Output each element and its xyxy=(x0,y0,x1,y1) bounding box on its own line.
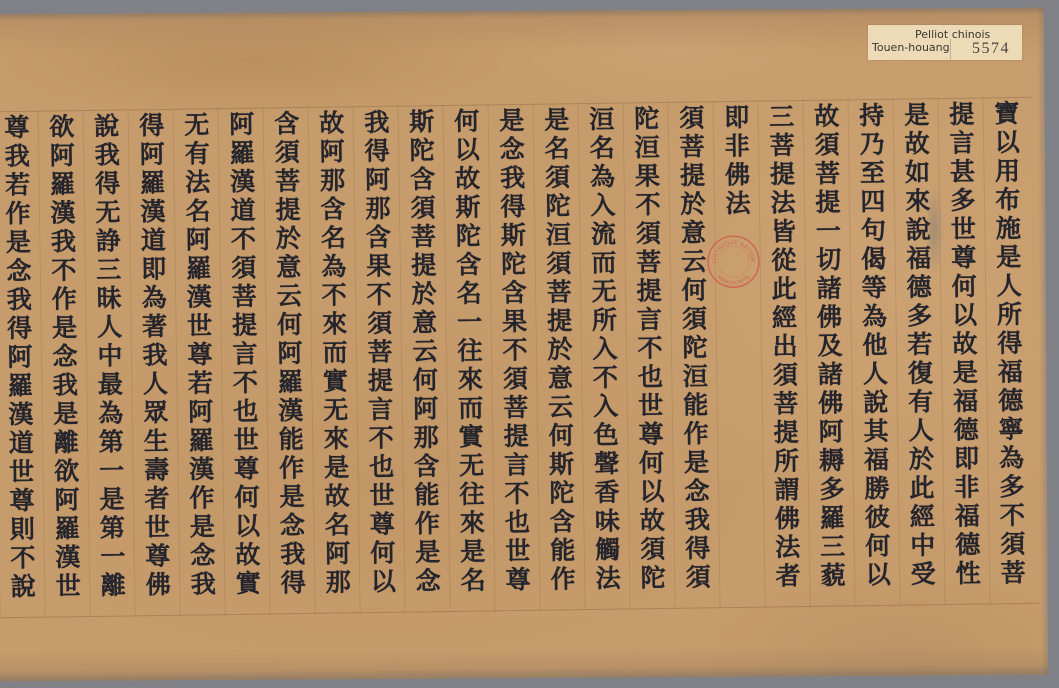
manuscript-column: 須菩提於意云何須陀洹能作是念我得須 xyxy=(668,101,720,609)
manuscript-column: 故阿那含名為不來而實无來是故名阿那 xyxy=(308,106,360,614)
manuscript-column: 是名須陀洹須菩提於意云何斯陀含能作 xyxy=(533,103,585,611)
manuscript-column: 是故如來說福德多若復有人於此經中受 xyxy=(893,98,945,606)
manuscript-column: 是念我得斯陀含果不須菩提言不也世尊 xyxy=(488,104,540,612)
manuscript-column: 寶以用布施是人所得福德寧為多不須菩 xyxy=(982,97,1034,605)
seal-text-bottom: MANUSCRITS xyxy=(716,274,752,287)
manuscript-column: 陀洹果不須菩提言不也世尊何以故須陀 xyxy=(623,102,675,610)
manuscript-scroll: 寶以用布施是人所得福德寧為多不須菩 提言甚多世尊何以故是福德即非福德性 是故如來… xyxy=(0,8,1048,681)
manuscript-column: 含須菩提於意云何阿羅漢能作是念我得 xyxy=(263,107,315,615)
label-shelf-number: 5574 xyxy=(972,40,1010,58)
library-seal-icon: BIBLIOTHEQUE NATIONALE MANUSCRITS xyxy=(703,232,763,292)
manuscript-column: 欲阿羅漢我不作是念我是離欲阿羅漢世 xyxy=(38,110,90,618)
manuscript-column: 故須菩提一切諸佛及諸佛阿耨多羅三藐 xyxy=(803,99,855,607)
manuscript-column: 三菩提法皆從此經出須菩提所謂佛法者 xyxy=(758,100,810,608)
manuscript-column: 我得阿那含果不須菩提言不也世尊何以 xyxy=(353,106,405,614)
label-crease xyxy=(950,39,951,60)
manuscript-column: 得阿羅漢道即為著我人眾生壽者世尊佛 xyxy=(128,109,180,617)
manuscript-column: 洹名為入流而无所入不入色聲香味觸法 xyxy=(578,102,630,610)
manuscript-column: 无有法名阿羅漢世尊若阿羅漢作是念我 xyxy=(173,108,225,616)
label-provenance: Touen-houang xyxy=(872,41,950,54)
manuscript-column: 阿羅漢道不須菩提言不也世尊何以故實 xyxy=(218,108,270,616)
ink-smudge xyxy=(925,183,944,275)
manuscript-column: 即非佛法 xyxy=(713,101,765,609)
manuscript-column: 持乃至四句偈等為他人說其福勝彼何以 xyxy=(848,99,900,607)
manuscript-column: 說我得无諍三昧人中最為第一是第一離 xyxy=(83,109,135,617)
text-columns: 寶以用布施是人所得福德寧為多不須菩 提言甚多世尊何以故是福德即非福德性 是故如來… xyxy=(0,97,1035,618)
manuscript-column: 提言甚多世尊何以故是福德即非福德性 xyxy=(937,97,989,605)
shelfmark-label: Pelliot chinois Touen-houang 5574 xyxy=(868,25,1022,60)
manuscript-column: 斯陀含須菩提於意云何阿那含能作是念 xyxy=(398,105,450,613)
manuscript-column: 何以故斯陀含名一往來而實无往來是名 xyxy=(443,104,495,612)
